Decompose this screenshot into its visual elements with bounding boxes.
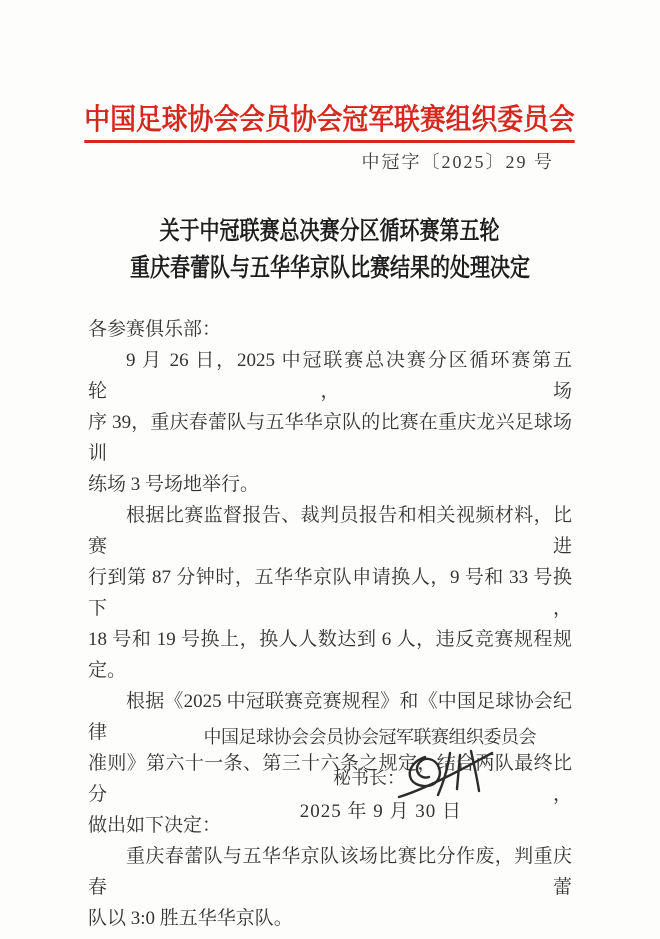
- body-line: 重庆春蕾队与五华华京队该场比赛比分作废，判重庆春蕾: [88, 841, 572, 903]
- document-title: 关于中冠联赛总决赛分区循环赛第五轮 重庆春蕾队与五华华京队比赛结果的处理决定: [0, 213, 660, 287]
- body-line: 18 号和 19 号换上，换人人数达到 6 人，违反竞赛规程规定。: [88, 624, 572, 686]
- salutation-line: 各参赛俱乐部：: [88, 314, 572, 345]
- closing-org-name: 中国足球协会会员协会冠军联赛组织委员会: [88, 723, 572, 749]
- body-line: 9 月 26 日，2025 中冠联赛总决赛分区循环赛第五轮，场: [88, 345, 572, 407]
- body-line: 行到第 87 分钟时，五华华京队申请换人，9 号和 33 号换下，: [88, 562, 572, 624]
- secretary-signature: [395, 745, 495, 803]
- body-line: 练场 3 号场地举行。: [88, 469, 572, 500]
- document-date: 2025 年 9 月 30 日: [88, 796, 572, 823]
- body-line: 序 39，重庆春蕾队与五华华京队的比赛在重庆龙兴足球场训: [88, 407, 572, 469]
- body-paragraphs: 各参赛俱乐部： 9 月 26 日，2025 中冠联赛总决赛分区循环赛第五轮，场 …: [88, 314, 572, 934]
- letterhead-org-title: 中国足球协会会员协会冠军联赛组织委员会: [85, 104, 575, 143]
- doc-number: 中冠字〔2025〕29 号: [88, 148, 572, 174]
- letterhead: 中国足球协会会员协会冠军联赛组织委员会: [0, 104, 660, 143]
- document-title-line2: 重庆春蕾队与五华华京队比赛结果的处理决定: [130, 250, 530, 287]
- document-page: 中国足球协会会员协会冠军联赛组织委员会 中冠字〔2025〕29 号 关于中冠联赛…: [0, 0, 660, 939]
- body-line: 根据比赛监督报告、裁判员报告和相关视频材料，比赛进: [88, 500, 572, 562]
- body-line: 队以 3:0 胜五华华京队。: [88, 903, 572, 934]
- document-title-line1: 关于中冠联赛总决赛分区循环赛第五轮: [160, 213, 500, 250]
